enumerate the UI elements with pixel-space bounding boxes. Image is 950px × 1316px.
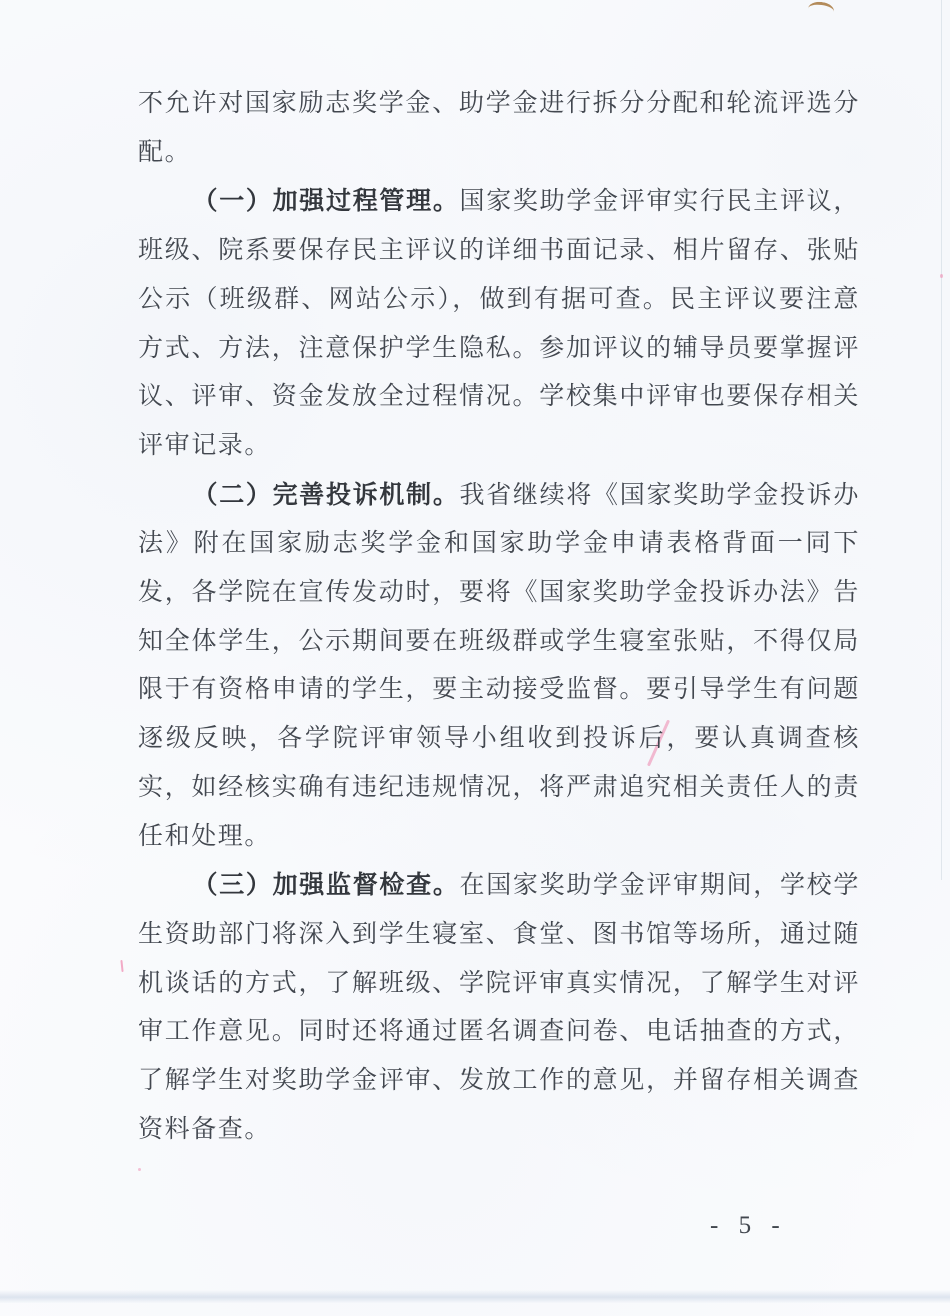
paragraph-text: 我省继续将《国家奖助学金投诉办法》附在国家励志奖学金和国家助学金申请表格背面一同…: [138, 482, 860, 850]
scanned-document-page: 不允许对国家励志奖学金、助学金进行拆分分配和轮流评选分配。 （一）加强过程管理。…: [0, 0, 950, 1316]
paragraph-section-3: （三）加强监督检查。在国家奖助学金评审期间，学校学生资助部门将深入到学生寝室、食…: [138, 861, 860, 1154]
pink-speck: [940, 274, 943, 278]
paragraph-section-2: （二）完善投诉机制。我省继续将《国家奖助学金投诉办法》附在国家励志奖学金和国家助…: [138, 471, 860, 862]
paragraph-text: 不允许对国家励志奖学金、助学金进行拆分分配和轮流评选分配。: [138, 90, 860, 166]
scan-edge-shadow: [0, 1290, 950, 1303]
paragraph-text: 国家奖助学金评审实行民主评议，班级、院系要保存民主评议的详细书面记录、相片留存、…: [138, 188, 860, 459]
pink-speck: [138, 1168, 141, 1171]
section-1-heading: （一）加强过程管理。: [193, 187, 460, 215]
paragraph-continuation: 不允许对国家励志奖学金、助学金进行拆分分配和轮流评选分配。: [138, 80, 860, 177]
section-3-heading: （三）加强监督检查。: [193, 871, 460, 899]
pink-tick-mark: [120, 960, 123, 972]
scanner-edge-line: [941, 0, 942, 880]
paragraph-text: 在国家奖助学金评审期间，学校学生资助部门将深入到学生寝室、食堂、图书馆等场所，通…: [138, 872, 860, 1143]
page-number: - 5 -: [710, 1212, 787, 1240]
section-2-heading: （二）完善投诉机制。: [193, 481, 460, 509]
scan-smudge-mark: [807, 0, 835, 19]
paragraph-section-1: （一）加强过程管理。国家奖助学金评审实行民主评议，班级、院系要保存民主评议的详细…: [138, 177, 860, 470]
document-body: 不允许对国家励志奖学金、助学金进行拆分分配和轮流评选分配。 （一）加强过程管理。…: [138, 80, 860, 1154]
